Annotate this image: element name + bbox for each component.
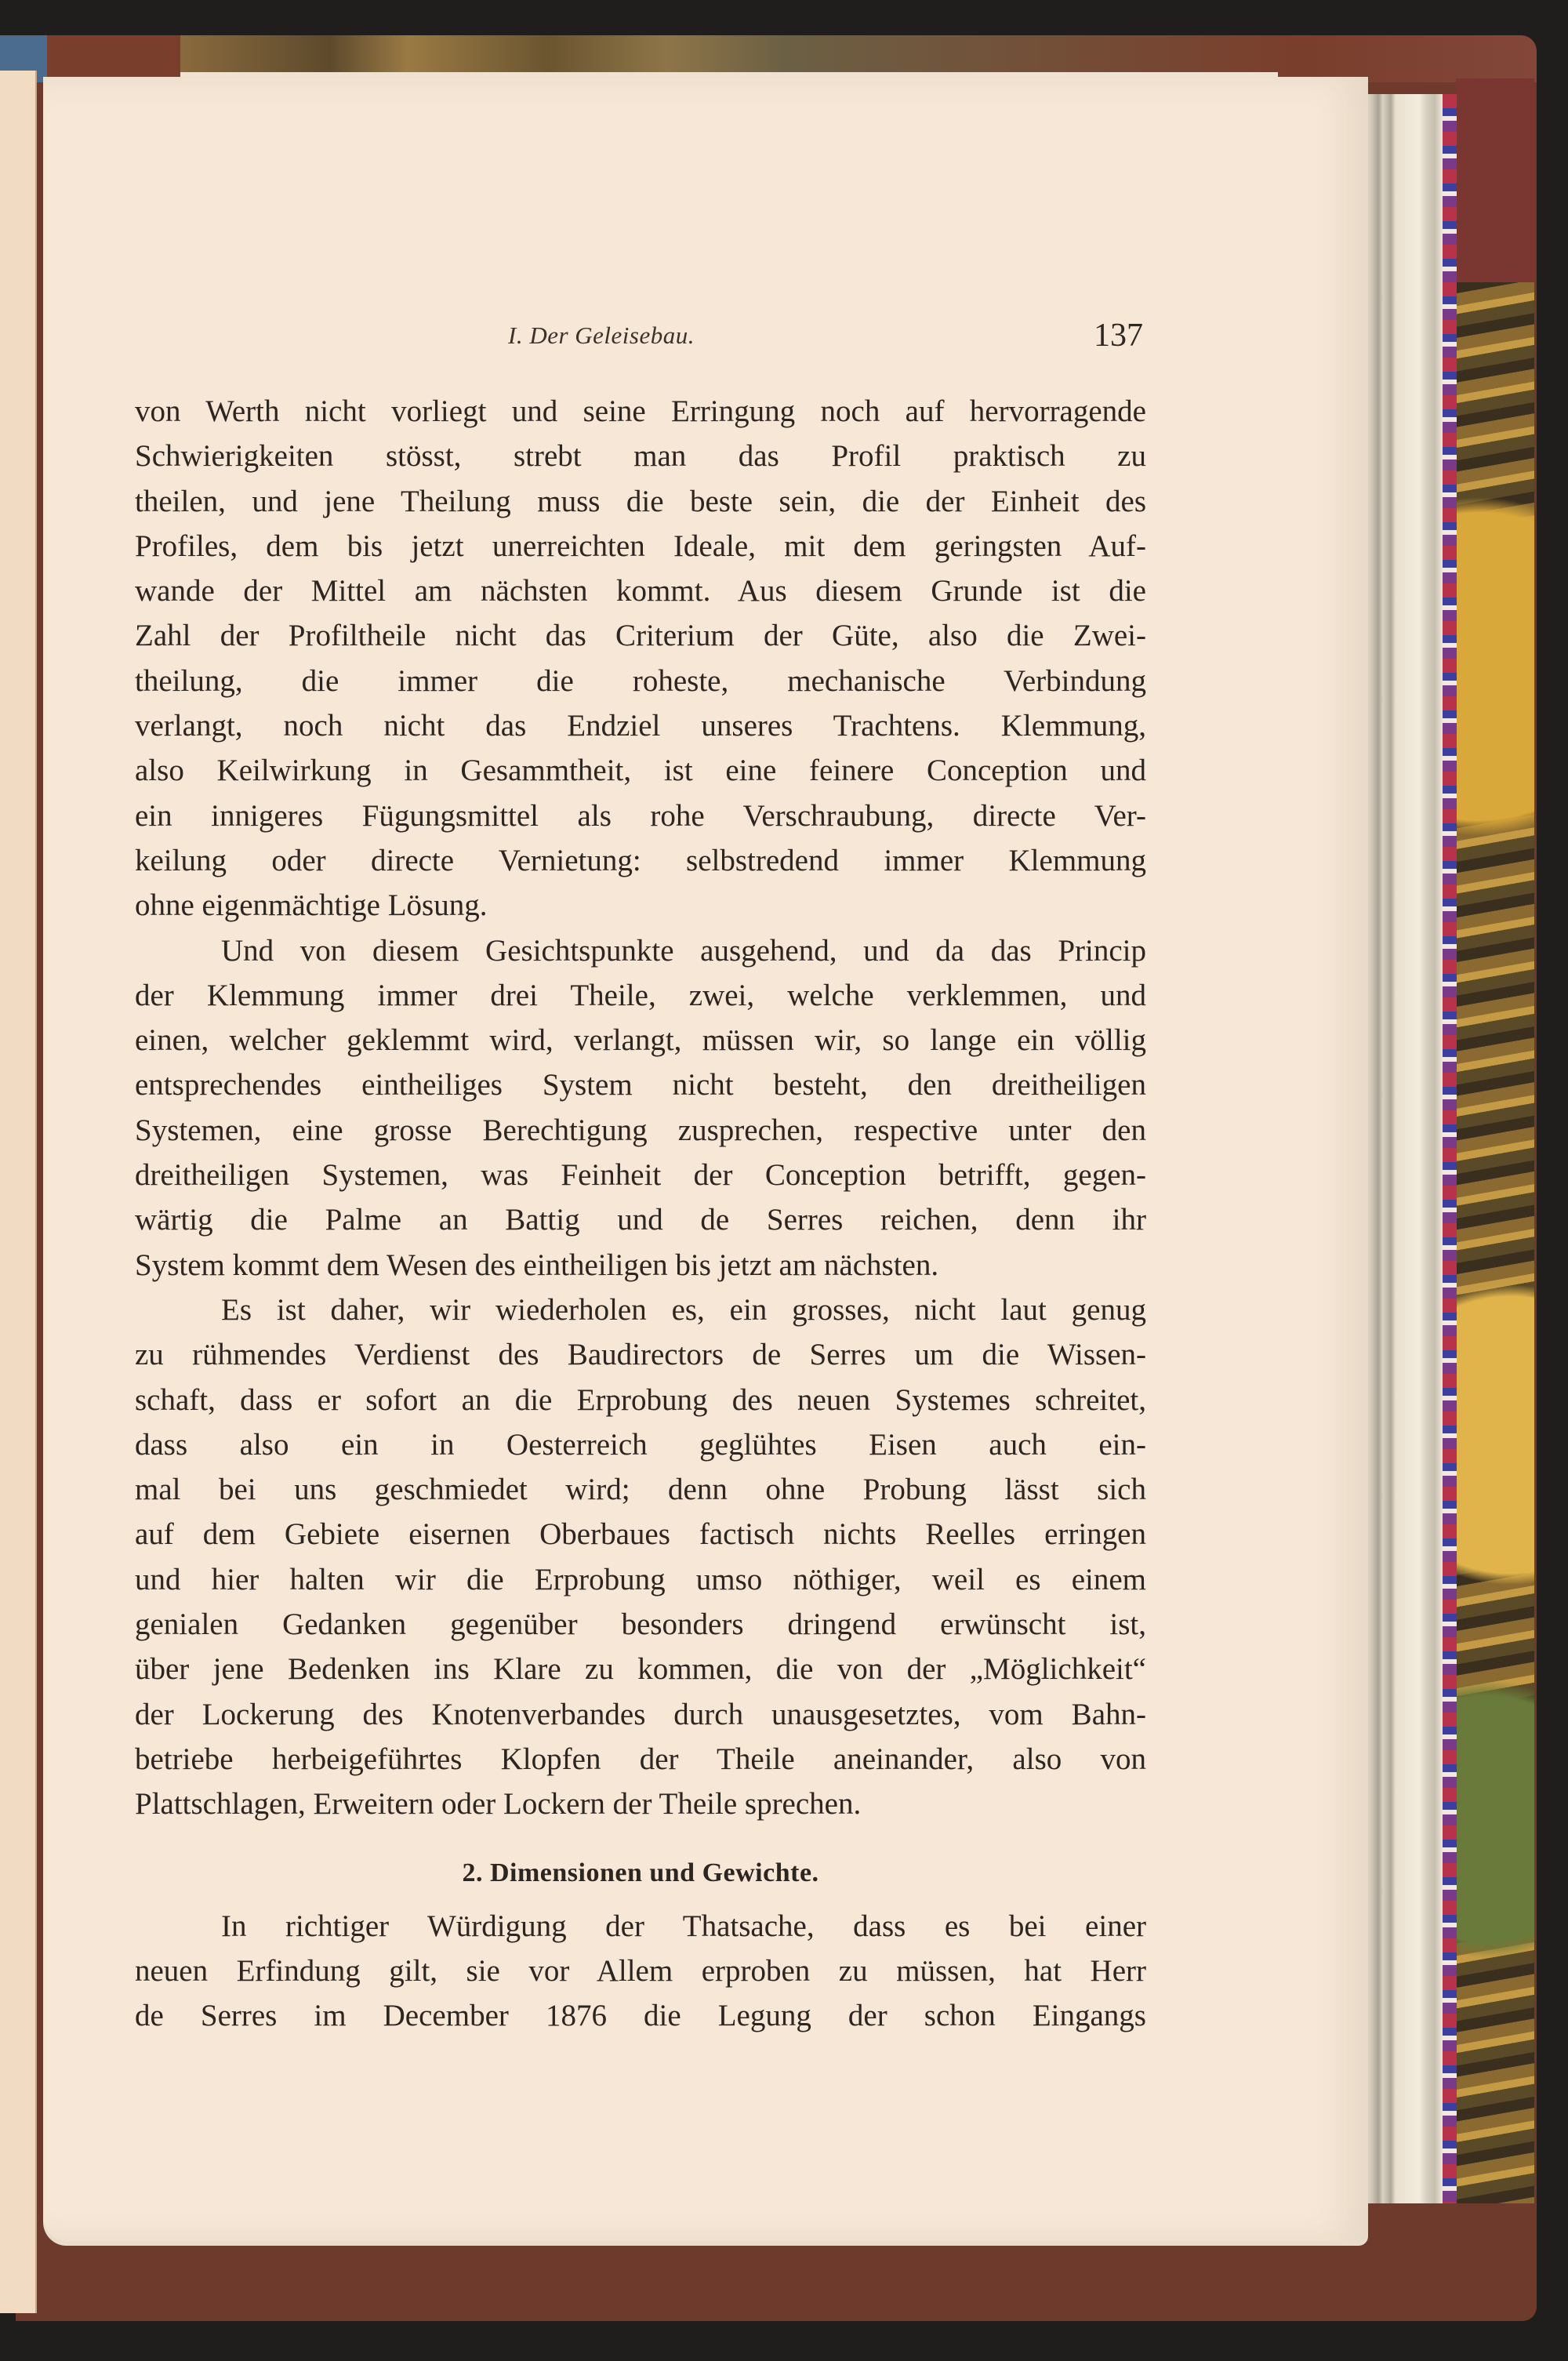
text-line: neuen Erfindung gilt, sie vor Allem erpr… <box>135 1949 1146 1993</box>
text-line: wande der Mittel am nächsten kommt. Aus … <box>135 568 1146 613</box>
text-line: betriebe herbeigeführtes Klopfen der The… <box>135 1737 1146 1782</box>
paragraph-3: Es ist daher, wir wiederholen es, ein gr… <box>135 1288 1146 1827</box>
text-line: einen, welcher geklemmt wird, verlangt, … <box>135 1018 1146 1062</box>
section-heading: 2. Dimensionen und Gewichte. <box>135 1843 1146 1904</box>
text-line: Profiles, dem bis jetzt unerreichten Ide… <box>135 524 1146 568</box>
left-page-edge <box>0 71 37 2313</box>
text-line: zu rühmendes Verdienst des Baudirectors … <box>135 1332 1146 1377</box>
paragraph-2: Und von diesem Gesichtspunkte ausgehend,… <box>135 928 1146 1288</box>
text-line: über jene Bedenken ins Klare zu kommen, … <box>135 1647 1146 1691</box>
text-line: dass also ein in Oesterreich geglühtes E… <box>135 1422 1146 1467</box>
page-stack-edge <box>1364 94 1443 2203</box>
body-text: von Werth nicht vorliegt und seine Errin… <box>135 389 1146 2038</box>
text-line: wärtig die Palme an Battig und de Serres… <box>135 1197 1146 1242</box>
text-line: der Klemmung immer drei Theile, zwei, we… <box>135 973 1146 1018</box>
text-line: Plattschlagen, Erweitern oder Lockern de… <box>135 1782 1146 1826</box>
text-line: theilung, die immer die roheste, mechani… <box>135 659 1146 703</box>
text-line: der Lockerung des Knotenverbandes durch … <box>135 1692 1146 1737</box>
spacer <box>135 1827 1146 1843</box>
paragraph-1: von Werth nicht vorliegt und seine Errin… <box>135 389 1146 928</box>
text-line: also Keilwirkung in Gesammtheit, ist ein… <box>135 748 1146 793</box>
text-line: auf dem Gebiete eisernen Oberbaues facti… <box>135 1512 1146 1556</box>
text-line: genialen Gedanken gegenüber besonders dr… <box>135 1602 1146 1647</box>
text-line: schaft, dass er sofort an die Erprobung … <box>135 1378 1146 1422</box>
page-number: 137 <box>1094 317 1143 354</box>
text-line: dreitheiligen Systemen, was Feinheit der… <box>135 1153 1146 1197</box>
running-title: I. Der Geleisebau. <box>508 321 695 350</box>
text-line: theilen, und jene Theilung muss die best… <box>135 479 1146 524</box>
leather-corner <box>1456 78 1534 282</box>
running-head: I. Der Geleisebau. 137 <box>508 317 1143 364</box>
text-line: entsprechendes eintheiliges System nicht… <box>135 1062 1146 1107</box>
text-line: Und von diesem Gesichtspunkte ausgehend,… <box>135 928 1146 973</box>
text-line: mal bei uns geschmiedet wird; denn ohne … <box>135 1467 1146 1512</box>
text-line: Systemen, eine grosse Berechtigung zuspr… <box>135 1108 1146 1153</box>
text-line: Zahl der Profiltheile nicht das Criteriu… <box>135 613 1146 658</box>
text-line: de Serres im December 1876 die Legung de… <box>135 1993 1146 2038</box>
paragraph-4: In richtiger Würdigung der Thatsache, da… <box>135 1904 1146 2039</box>
text-line: keilung oder directe Vernietung: selbstr… <box>135 838 1146 883</box>
text-line: Es ist daher, wir wiederholen es, ein gr… <box>135 1288 1146 1332</box>
text-line: verlangt, noch nicht das Endziel unseres… <box>135 703 1146 748</box>
text-line: von Werth nicht vorliegt und seine Errin… <box>135 389 1146 434</box>
text-line: ohne eigenmächtige Lösung. <box>135 883 1146 928</box>
text-line: Schwierigkeiten stösst, strebt man das P… <box>135 434 1146 478</box>
marbled-endpaper-edge <box>1443 94 1457 2203</box>
text-line: und hier halten wir die Erprobung umso n… <box>135 1557 1146 1602</box>
text-line: ein innigeres Fügungsmittel als rohe Ver… <box>135 794 1146 838</box>
text-line: In richtiger Würdigung der Thatsache, da… <box>135 1904 1146 1949</box>
marbled-cover-edge <box>1456 282 1534 2203</box>
text-line: System kommt dem Wesen des eintheiligen … <box>135 1243 1146 1288</box>
